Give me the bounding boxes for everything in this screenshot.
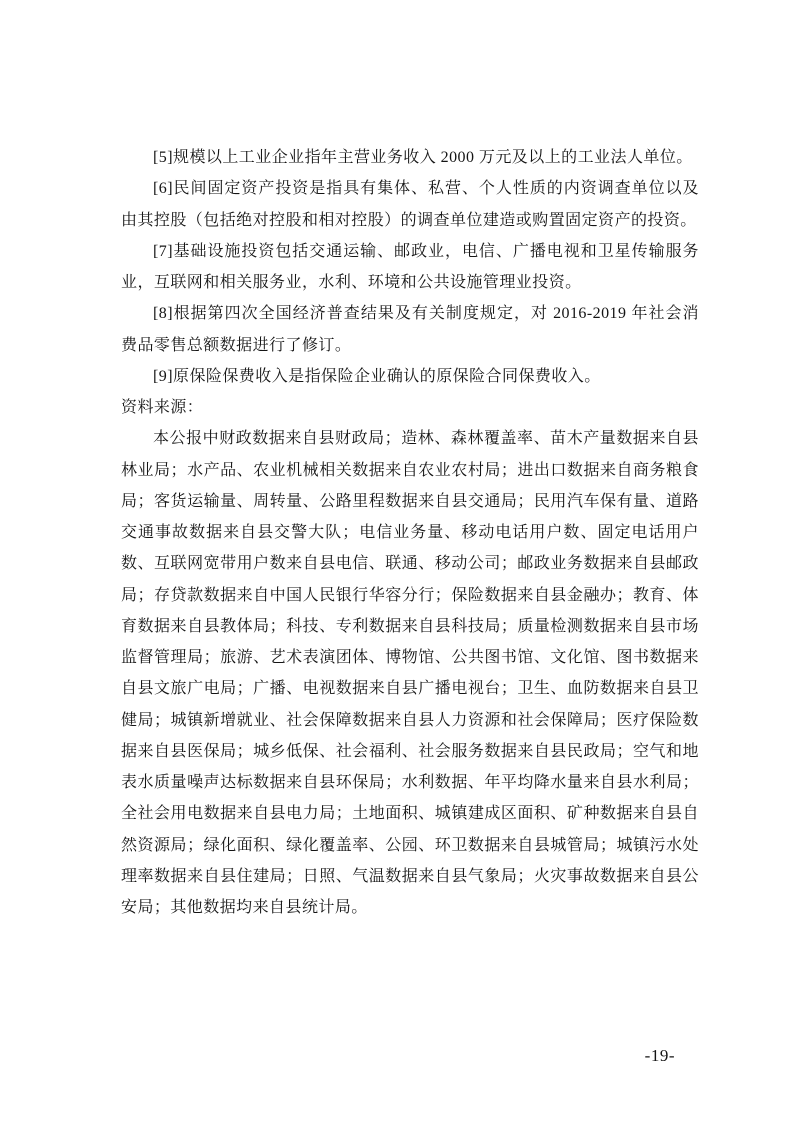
footnote-9: [9]原保险保费收入是指保险企业确认的原保险合同保费收入。: [121, 361, 699, 392]
page-number: -19-: [645, 1046, 675, 1066]
footnote-6: [6]民间固定资产投资是指具有集体、私营、个人性质的内资调查单位以及由其控股（包…: [121, 173, 699, 236]
document-page: [5]规模以上工业企业指年主营业务收入 2000 万元及以上的工业法人单位。 […: [0, 0, 793, 1122]
footnote-8: [8]根据第四次全国经济普查结果及有关制度规定，对 2016-2019 年社会消…: [121, 298, 699, 361]
footnote-5: [5]规模以上工业企业指年主营业务收入 2000 万元及以上的工业法人单位。: [121, 142, 699, 173]
sources-heading: 资料来源：: [121, 392, 699, 423]
document-content: [5]规模以上工业企业指年主营业务收入 2000 万元及以上的工业法人单位。 […: [121, 142, 699, 923]
sources-body: 本公报中财政数据来自县财政局；造林、森林覆盖率、苗木产量数据来自县林业局；水产品…: [121, 423, 699, 923]
footnote-7: [7]基础设施投资包括交通运输、邮政业，电信、广播电视和卫星传输服务业，互联网和…: [121, 236, 699, 299]
